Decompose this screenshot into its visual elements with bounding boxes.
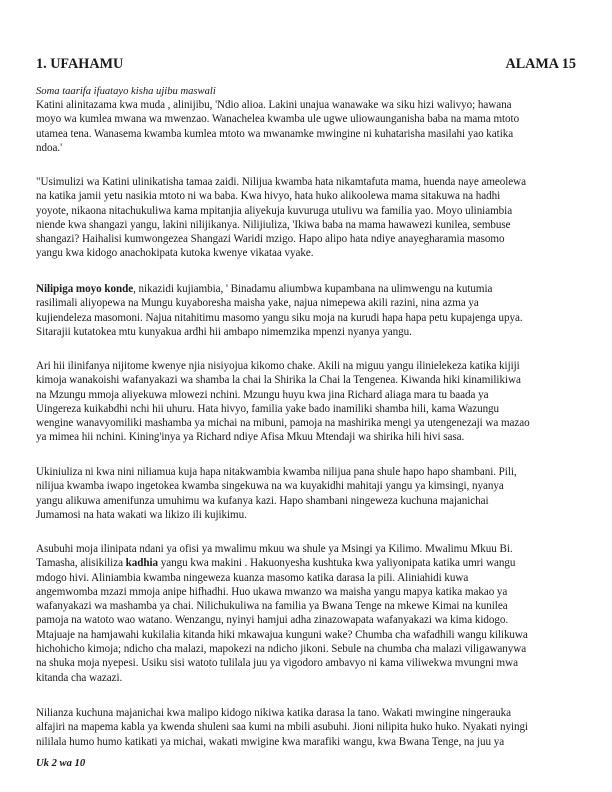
text-line: na Mzungu mmoja aliyekuwa mlowezi nchini… [36, 388, 576, 402]
paragraph-2: "Usimulizi wa Katini ulinikatisha tamaa … [36, 175, 576, 261]
text-line: Mtajuaje na hamjawahi kukilalia kitanda … [36, 628, 576, 642]
text-line: moyo wa kumlea mwana wa mwenzao. Wanache… [36, 112, 576, 126]
text-line: yoyote, nikaona nitachukuliwa kama mpita… [36, 204, 576, 218]
paragraph-1: Katini alinitazama kwa muda , alinijibu,… [36, 98, 576, 155]
text-line: utamea tena. Wanasema kwamba kumlea mtot… [36, 127, 576, 141]
bold-word: kadhia [126, 557, 158, 569]
text-segment: , nikazidi kujiambia, ' Binadamu aliumbw… [133, 283, 492, 295]
text-line: shangazi? Haihalisi kumwongezea Shangazi… [36, 232, 576, 246]
text-line: Tamasha, alisikiliza kadhia yangu kwa ma… [36, 556, 576, 570]
paragraph-5: Ukiniuliza ni kwa nini niliamua kuja hap… [36, 465, 576, 522]
text-line: kitanda cha wazazi. [36, 671, 576, 685]
text-line: Jumamosi na hata wakati wa likizo ili ku… [36, 508, 576, 522]
text-line: angemwomba mzazi mmoja anipe hifhadhi. H… [36, 585, 576, 599]
text-segment: yangu kwa makini . Hakuonyesha kushtuka … [158, 557, 515, 569]
paragraph-3: Nilipiga moyo konde, nikazidi kujiambia,… [36, 282, 576, 339]
text-line: na shuka moja nyepesi. Usiku sisi watoto… [36, 656, 576, 670]
section-title: 1. UFAHAMU [36, 56, 123, 73]
instruction-text: Soma taarifa ifuatayo kisha ujibu maswal… [36, 86, 216, 97]
text-line: Uingereza kuikabdhi nchi hii uhuru. Hata… [36, 402, 576, 416]
text-line: wafanyakazi wa mashamba ya chai. Nilichu… [36, 599, 576, 613]
text-line: kimoja wanakoishi wafanyakazi wa shamba … [36, 373, 576, 387]
text-line: hichohicho kimoja; ndicho cha malazi, ma… [36, 642, 576, 656]
text-line: ndoa.' [36, 141, 576, 155]
paragraph-7: Nilianza kuchuna majanichai kwa malipo k… [36, 706, 576, 749]
text-line: Nilipiga moyo konde, nikazidi kujiambia,… [36, 282, 576, 296]
text-line: Ukiniuliza ni kwa nini niliamua kuja hap… [36, 465, 576, 479]
text-line: Nilianza kuchuna majanichai kwa malipo k… [36, 706, 576, 720]
text-segment: Tamasha, alisikiliza [36, 557, 126, 569]
text-line: ya mimea hii nchini. Kining'inya ya Rich… [36, 430, 576, 444]
paragraph-4: Ari hii ilinifanya nijitome kwenye njia … [36, 359, 576, 445]
text-line: Asubuhi moja ilinipata ndani ya ofisi ya… [36, 542, 576, 556]
text-line: rasilimali aliyopewa na Mungu kuyaboresh… [36, 296, 576, 310]
text-line: Ari hii ilinifanya nijitome kwenye njia … [36, 359, 576, 373]
text-line: Katini alinitazama kwa muda , alinijibu,… [36, 98, 576, 112]
text-line: yangu alikuwa amenifunza umuhimu wa kufa… [36, 494, 576, 508]
text-line: niende kwa shangazi yangu, lakini niliji… [36, 218, 576, 232]
paragraph-6: Asubuhi moja ilinipata ndani ya ofisi ya… [36, 542, 576, 685]
text-line: kujiendeleza masomoni. Najua nitahitimu … [36, 311, 576, 325]
bold-phrase: Nilipiga moyo konde [36, 283, 133, 295]
page-number: Uk 2 wa 10 [36, 758, 85, 769]
text-line: "Usimulizi wa Katini ulinikatisha tamaa … [36, 175, 576, 189]
marks-label: ALAMA 15 [505, 56, 576, 73]
section-header: 1. UFAHAMU ALAMA 15 [36, 56, 576, 73]
text-line: nililala humo humo katikati ya michai, w… [36, 735, 576, 749]
text-line: yangu kwa kidogo anachokipata kutoka kwe… [36, 246, 576, 260]
text-line: na katika jamii yetu nasikia mtoto ni wa… [36, 189, 576, 203]
text-line: Sitarajii kutatokea mtu kunyakua ardhi h… [36, 325, 576, 339]
text-line: nilijua kwamba iwapo ingetokea kwamba si… [36, 479, 576, 493]
text-line: mdogo hivi. Aliniambia kwamba ningeweza … [36, 571, 576, 585]
text-line: pamoja na watoto wao watano. Wenzangu, n… [36, 613, 576, 627]
text-line: alfajiri na mapema kabla ya kwenda shule… [36, 720, 576, 734]
text-line: wengine wanavyomiliki mashamba ya michai… [36, 416, 576, 430]
